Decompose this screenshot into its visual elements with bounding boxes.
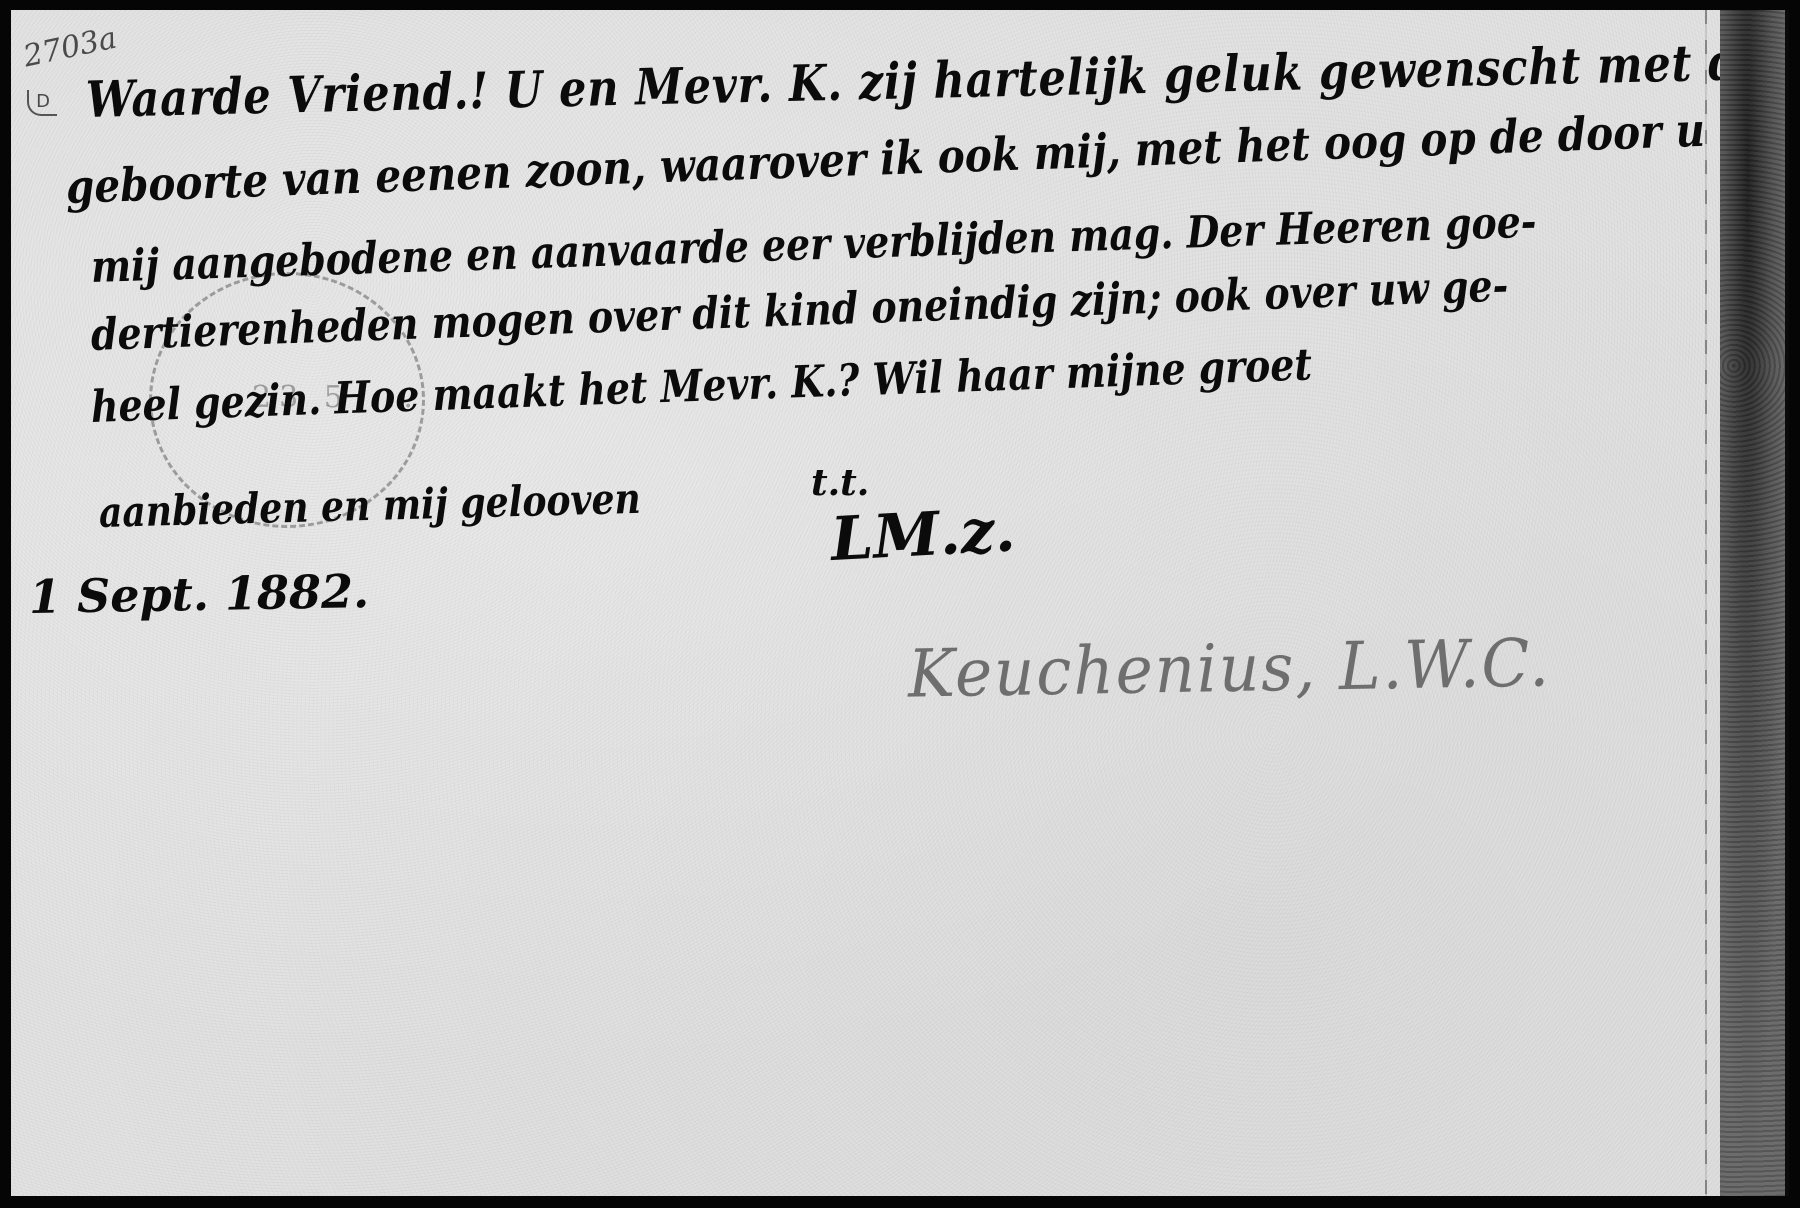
- archive-mark: D: [27, 90, 57, 116]
- frame-border: [1785, 10, 1789, 1196]
- archival-annotation: Keuchenius, L.W.C.: [907, 624, 1551, 712]
- letter-page: 2703a D 23 5 ... Waarde Vriend.! U en Me…: [11, 10, 1789, 1196]
- archive-number: 2703a: [20, 21, 119, 75]
- page-edge-shadow: [1720, 10, 1789, 1196]
- fold-line: [1705, 10, 1707, 1196]
- letter-line-6: aanbieden en mij gelooven: [98, 474, 641, 537]
- letter-date: 1 Sept. 1882.: [29, 564, 370, 624]
- closing-abbrev: t.t.: [811, 462, 869, 504]
- signature: LM.z.: [829, 495, 1017, 575]
